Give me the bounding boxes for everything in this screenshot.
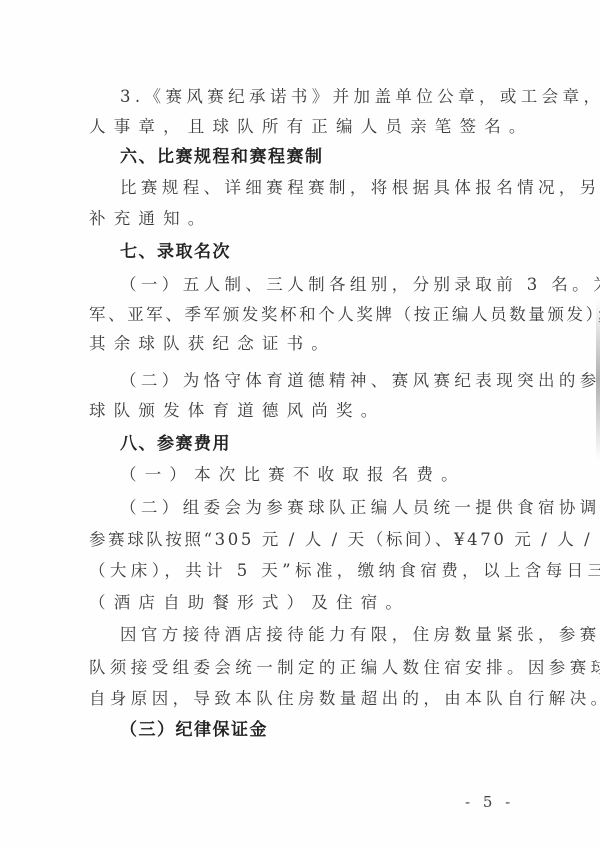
subsection-heading-discipline-deposit: （三）纪律保证金 — [120, 718, 540, 742]
section-heading-7: 七、录取名次 — [120, 240, 540, 264]
paragraph-line: 自身原因，导致本队住房数量超出的，由本队自行解决。 — [89, 687, 509, 711]
paragraph-line: 3.《赛风赛纪承诺书》并加盖单位公章，或工会章，或 — [120, 85, 509, 109]
paragraph-line: 军、亚军、季军颁发奖杯和个人奖牌（按正编人员数量颁发）； — [89, 303, 509, 327]
paragraph-line: 人事章，且球队所有正编人员亲笔签名。 — [89, 115, 509, 139]
paragraph-line: （酒店自助餐形式）及住宿。 — [89, 591, 509, 615]
page-number: - 5 - — [465, 793, 514, 811]
paragraph-line: 球队颁发体育道德风尚奖。 — [89, 399, 509, 423]
paragraph-line: （二）组委会为参赛球队正编人员统一提供食宿协调， — [120, 496, 509, 520]
paragraph-line: 队须接受组委会统一制定的正编人数住宿安排。因参赛球队 — [89, 656, 509, 680]
paragraph-line: （一）本次比赛不收取报名费。 — [120, 463, 509, 487]
section-heading-6: 六、比赛规程和赛程赛制 — [120, 145, 540, 169]
document-page: 3.《赛风赛纪承诺书》并加盖单位公章，或工会章，或 人事章，且球队所有正编人员亲… — [0, 0, 600, 848]
paragraph-line: 参赛球队按照“305 元 / 人 / 天（标间）、¥470 元 / 人 / 天 — [89, 528, 509, 552]
paragraph-line: （二）为恪守体育道德精神、赛风赛纪表现突出的参赛 — [120, 369, 509, 393]
paragraph-line: 其余球队获纪念证书。 — [89, 332, 509, 356]
paragraph-line: 因官方接待酒店接待能力有限，住房数量紧张，参赛球 — [120, 623, 509, 647]
paragraph-line: 比赛规程、详细赛程赛制，将根据具体报名情况，另行 — [120, 176, 509, 200]
paragraph-line: （大床），共计 5 天”标准，缴纳食宿费，以上含每日三餐 — [89, 559, 509, 583]
section-heading-8: 八、参赛费用 — [120, 432, 540, 456]
paragraph-line: 补充通知。 — [89, 207, 509, 231]
paragraph-line: （一）五人制、三人制各组别，分别录取前 3 名。为冠 — [120, 273, 509, 297]
